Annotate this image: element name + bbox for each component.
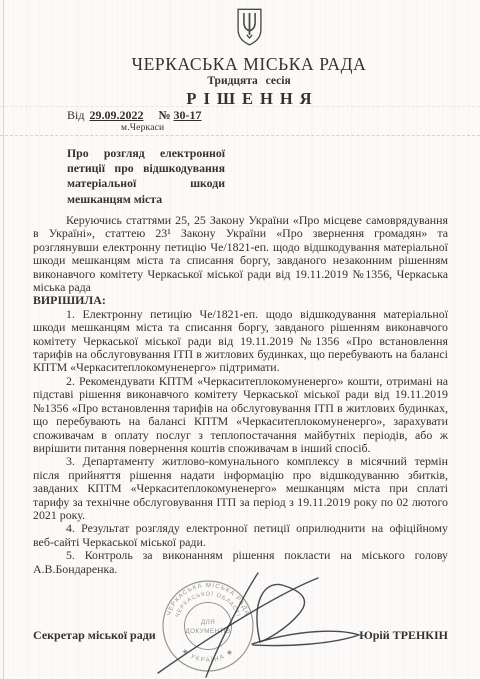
date-number-line: Від29.09.2022№30-17 xyxy=(67,108,202,123)
signer-title: Секретар міської ради xyxy=(33,628,156,643)
city-label: м.Черкаси xyxy=(121,123,164,133)
org-name: ЧЕРКАСЬКА МІСЬКА РАДА xyxy=(33,54,465,75)
scan-edge-line xyxy=(3,0,4,679)
number-value: 30-17 xyxy=(174,108,202,122)
resolution-item-3: 3. Департаменту житлово-комунального ком… xyxy=(33,455,448,522)
document-title: Про розгляд електронної петиції про відш… xyxy=(67,146,225,207)
document-header: ЧЕРКАСЬКА МІСЬКА РАДА Тридцята сесія РІШ… xyxy=(33,8,465,109)
resolution-item-1: 1. Електронну петицію Че/1821-еп. щодо в… xyxy=(33,308,448,375)
date-value: 29.09.2022 xyxy=(89,108,143,122)
handwritten-signature xyxy=(140,545,370,679)
signer-name: Юрій ТРЕНКІН xyxy=(359,628,448,643)
preamble-paragraph: Керуючись статтями 25, 25 Закону України… xyxy=(33,214,448,294)
doc-type-label: РІШЕННЯ xyxy=(33,89,465,109)
scan-artifact-line xyxy=(0,135,480,136)
resolved-label: ВИРІШИЛА: xyxy=(33,294,448,307)
session-label: Тридцята сесія xyxy=(33,75,465,87)
resolution-item-2: 2. Рекомендувати КПТМ «Черкаситеплокомун… xyxy=(33,375,448,455)
number-label: № xyxy=(158,108,170,122)
document-page: ЧЕРКАСЬКА МІСЬКА РАДА Тридцята сесія РІШ… xyxy=(0,0,480,679)
coat-of-arms-icon xyxy=(236,8,263,46)
document-body: Керуючись статтями 25, 25 Закону України… xyxy=(33,214,448,576)
date-label: Від xyxy=(67,108,84,122)
